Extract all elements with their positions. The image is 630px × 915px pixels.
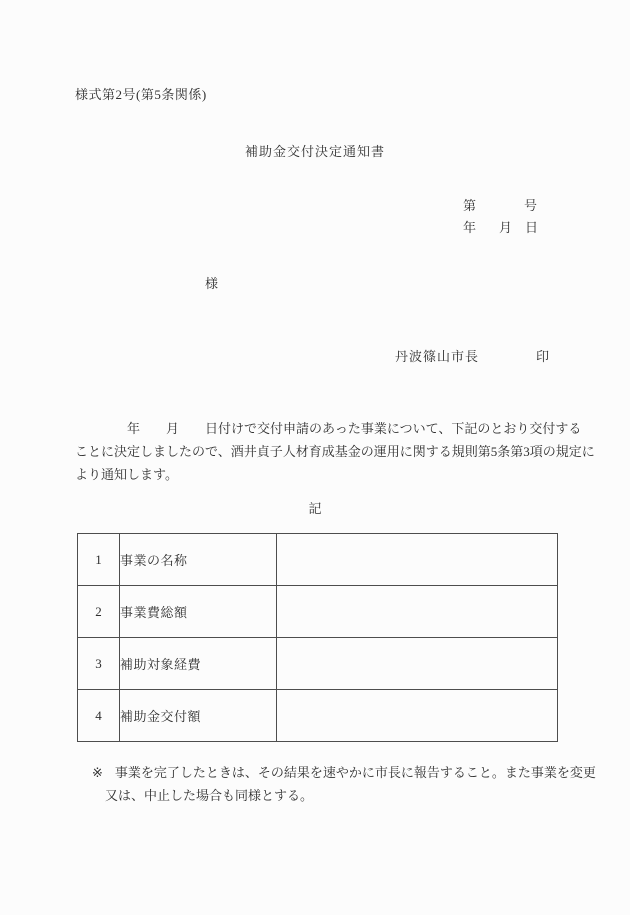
form-number: 様式第2号(第5条関係) [75,84,207,103]
body-line-2: ことに決定しましたので、酒井貞子人材育成基金の運用に関する規則第5条第3項の規定… [75,440,575,463]
issuer-name: 丹波篠山市長 [395,346,479,365]
footnote-line-1: ※事業を完了したときは、その結果を速やかに市長に報告すること。また事業を変更 [92,761,572,784]
doc-number-prefix-label: 第 [463,195,476,214]
seal-mark: 印 [536,346,549,365]
row-label: 補助対象経費 [120,638,277,690]
row-number: 2 [78,586,120,638]
body-line-3: より通知します。 [75,463,575,486]
table-row: 2 事業費総額 [78,586,558,638]
date-month-label: 月 [499,217,512,236]
document-page: 様式第2号(第5条関係) 補助金交付決定通知書 第 号 年 月 日 様 丹波篠山… [0,0,630,915]
addressee-honorific: 様 [205,273,218,292]
reference-mark: ※ [92,765,103,780]
doc-number-suffix-label: 号 [524,195,537,214]
document-title: 補助金交付決定通知書 [0,141,630,160]
footnote-text-1: 事業を完了したときは、その結果を速やかに市長に報告すること。また事業を変更 [115,765,596,780]
date-day-label: 日 [525,217,538,236]
table-row: 4 補助金交付額 [78,690,558,742]
detail-table: 1 事業の名称 2 事業費総額 3 補助対象経費 4 補助金交付額 [77,533,558,742]
row-label: 事業費総額 [120,586,277,638]
record-marker: 記 [0,498,630,517]
row-number: 1 [78,534,120,586]
body-paragraph: 年 月 日付けで交付申請のあった事業について、下記のとおり交付する ことに決定し… [75,417,575,486]
table-row: 3 補助対象経費 [78,638,558,690]
row-label: 事業の名称 [120,534,277,586]
body-line-1: 年 月 日付けで交付申請のあった事業について、下記のとおり交付する [75,417,575,440]
date-year-label: 年 [463,217,476,236]
row-value-blank [277,690,558,742]
row-label: 補助金交付額 [120,690,277,742]
row-number: 4 [78,690,120,742]
row-value-blank [277,534,558,586]
row-value-blank [277,586,558,638]
footnote-line-2: 又は、中止した場合も同様とする。 [92,784,572,807]
footnote: ※事業を完了したときは、その結果を速やかに市長に報告すること。また事業を変更 又… [92,761,572,807]
row-number: 3 [78,638,120,690]
table-row: 1 事業の名称 [78,534,558,586]
row-value-blank [277,638,558,690]
